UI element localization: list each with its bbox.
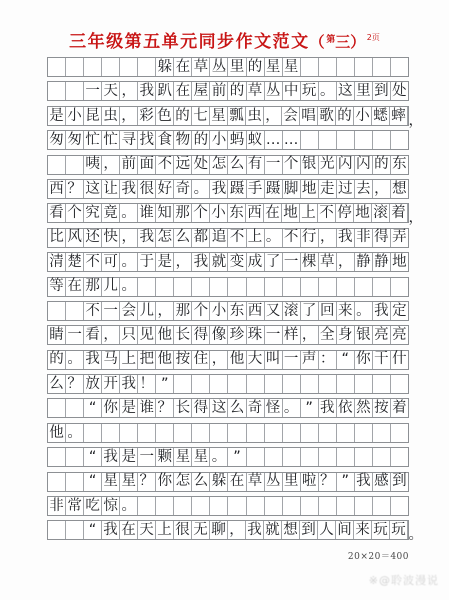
grid-cell: 到: [391, 473, 408, 491]
grid-cell: [174, 375, 192, 393]
grid-cell: 么: [174, 229, 192, 247]
grid-cell: 马: [102, 351, 120, 369]
grid-cell: 我: [102, 448, 120, 466]
grid-cell: 弄: [391, 229, 408, 247]
grid-cell: ？: [66, 375, 84, 393]
grid-cell: 全: [319, 326, 337, 344]
grid-cell: 知: [156, 204, 174, 222]
grid-cell: 么: [228, 399, 246, 417]
grid-cell: 怎: [174, 473, 192, 491]
grid-cell: 放: [84, 375, 102, 393]
grid-cell: 在: [228, 473, 246, 491]
grid-cell: [301, 448, 319, 466]
grid-cell: 停: [336, 204, 354, 222]
grid-cell: 躲: [210, 473, 228, 491]
grid-cell: ！: [138, 375, 156, 393]
grid-count-label: 20×20＝400: [47, 549, 409, 562]
grid-cell: 色: [156, 107, 174, 125]
grid-cell: 样: [283, 326, 301, 344]
grid-cell: [373, 448, 391, 466]
grid-cell: ，: [319, 229, 337, 247]
grid-cell: 上: [120, 351, 138, 369]
grid-cell: …: [283, 131, 301, 149]
grid-cell: [192, 278, 210, 296]
grid-cell: 珠: [247, 326, 265, 344]
grid-cell: 谁: [138, 399, 156, 417]
grid-cell: 的: [228, 82, 246, 100]
grid-cell: [174, 278, 192, 296]
grid-cell: [48, 156, 66, 174]
grid-cell: 得: [373, 229, 391, 247]
grid-cell: 奇: [174, 180, 192, 198]
grid-cell: 。: [66, 351, 84, 369]
grid-cell: 星: [192, 448, 210, 466]
grid-cell: 歌: [318, 107, 336, 125]
grid-cell: 星: [265, 58, 283, 76]
grid-cell: 昆: [84, 107, 102, 125]
grid-cell: 物: [174, 131, 192, 149]
grid-cell: 很: [138, 180, 156, 198]
grid-cell: [301, 375, 319, 393]
grid-cell: 亮: [373, 326, 391, 344]
grid-cell: 虫: [102, 107, 120, 125]
grid-cell: 蹑: [265, 180, 283, 198]
grid-cell: [66, 82, 84, 100]
grid-cell: 得: [192, 326, 210, 344]
grid-cell: 处: [391, 82, 408, 100]
grid-cell: 玩: [390, 521, 408, 539]
grid-cell: 忙: [84, 131, 102, 149]
grid-cell: 快: [102, 229, 120, 247]
grid-cell: [391, 424, 408, 442]
grid-cell: ，: [120, 229, 138, 247]
grid-cell: ”: [301, 399, 319, 417]
grid-cell: 唱: [300, 107, 318, 125]
essay-text-row: 非常吃惊。: [47, 496, 409, 516]
grid-cell: 玩: [372, 521, 390, 539]
grid-cell: 按: [373, 399, 391, 417]
grid-cell: 你: [355, 351, 373, 369]
essay-text-row: 西？这让我很好奇。我蹑手蹑脚地走过去，想: [47, 179, 409, 199]
essay-text-row: 匆匆忙忙寻找食物的小蚂蚁……: [47, 130, 409, 150]
grid-cell: 手: [247, 180, 265, 198]
essay-text-row: “你是谁？长得这么奇怪。”我依然按着: [47, 398, 409, 418]
grid-cell: [210, 278, 228, 296]
grid-cell: 不: [156, 156, 174, 174]
grid-cell: 丛: [265, 82, 283, 100]
grid-cell: 聊: [210, 521, 228, 539]
grid-cell: 儿: [138, 302, 156, 320]
grid-cell: [373, 278, 391, 296]
grid-cell: 究: [84, 204, 102, 222]
grid-cell: 我: [246, 521, 264, 539]
grid-cell: [192, 375, 210, 393]
grid-cell: 在: [174, 58, 192, 76]
grid-cell: 的: [247, 58, 265, 76]
grid-cell: 么: [192, 473, 210, 491]
grid-cell: 在: [264, 204, 282, 222]
grid-cell: 不: [84, 253, 102, 271]
grid-cell: “: [337, 351, 355, 369]
grid-cell: 的: [192, 131, 210, 149]
grid-cell: 。: [120, 497, 138, 515]
grid-cell: [84, 58, 102, 76]
grid-cell: 去: [355, 180, 373, 198]
grid-cell: 是: [120, 399, 138, 417]
grid-cell: [337, 375, 355, 393]
grid-cell: 玩: [301, 82, 319, 100]
grid-cell: [120, 424, 138, 442]
grid-cell: 儿: [102, 278, 120, 296]
grid-cell: 看: [84, 326, 102, 344]
grid-cell: [283, 497, 301, 515]
grid-cell: 变: [228, 253, 246, 271]
page-note: 2页: [367, 33, 380, 42]
grid-cell: 里: [355, 82, 373, 100]
grid-cell: 蹑: [228, 180, 246, 198]
overflow-punctuation: ，: [409, 206, 424, 227]
grid-cell: 回: [319, 302, 337, 320]
grid-cell: 一: [66, 326, 84, 344]
grid-cell: 。: [355, 302, 373, 320]
grid-cell: 想: [391, 180, 408, 198]
grid-cell: [156, 424, 174, 442]
grid-cell: 地: [354, 204, 372, 222]
grid-cell: ，: [102, 326, 120, 344]
grid-cell: 蚁: [247, 131, 265, 149]
grid-cell: 小: [210, 302, 228, 320]
grid-cell: 小: [210, 131, 228, 149]
grid-cell: 闪: [355, 156, 373, 174]
grid-cell: 。: [66, 424, 84, 442]
grid-cell: [373, 375, 391, 393]
grid-cell: ”: [228, 448, 246, 466]
grid-cell: [391, 131, 408, 149]
grid-cell: 等: [48, 278, 66, 296]
grid-cell: [66, 156, 84, 174]
grid-cell: [66, 521, 84, 539]
grid-cell: “: [84, 448, 102, 466]
grid-cell: 一: [265, 326, 283, 344]
grid-cell: 光: [319, 156, 337, 174]
grid-cell: 东: [228, 302, 246, 320]
grid-cell: [355, 131, 373, 149]
grid-cell: 追: [210, 229, 228, 247]
grid-cell: 食: [156, 131, 174, 149]
grid-cell: 就: [264, 521, 282, 539]
grid-cell: [228, 278, 246, 296]
grid-cell: ：: [319, 351, 337, 369]
grid-cell: 个: [192, 204, 210, 222]
grid-cell: 他: [228, 351, 246, 369]
grid-cell: [355, 278, 373, 296]
grid-cell: [247, 375, 265, 393]
grid-cell: 按: [174, 351, 192, 369]
grid-cell: [174, 497, 192, 515]
overflow-punctuation: 。: [409, 523, 424, 544]
grid-cell: 么: [228, 156, 246, 174]
grid-cell: [228, 424, 246, 442]
grid-cell: 东: [228, 204, 246, 222]
grid-cell: 竟: [102, 204, 120, 222]
grid-cell: [373, 58, 391, 76]
grid-cell: 一: [265, 156, 283, 174]
grid-cell: 只: [120, 326, 138, 344]
essay-text-row: 么？放开我！”: [47, 374, 409, 394]
grid-cell: 面: [138, 156, 156, 174]
grid-cell: 我: [138, 229, 156, 247]
grid-cell: 看: [48, 204, 66, 222]
grid-cell: “: [84, 473, 102, 491]
grid-cell: 我: [192, 253, 210, 271]
grid-cell: 长: [174, 399, 192, 417]
grid-cell: 里: [283, 473, 301, 491]
grid-cell: 草: [192, 58, 210, 76]
essay-text-row: 睛一看，只见他长得像珍珠一样，全身银亮亮: [47, 325, 409, 345]
grid-cell: 得: [192, 399, 210, 417]
grid-cell: 什: [391, 351, 408, 369]
grid-cell: [355, 448, 373, 466]
grid-cell: 这: [337, 82, 355, 100]
part-paren-open: （: [310, 33, 327, 51]
grid-cell: [48, 399, 66, 417]
grid-cell: 非: [355, 229, 373, 247]
grid-cell: [265, 448, 283, 466]
grid-cell: ，: [264, 107, 282, 125]
grid-cell: [265, 278, 283, 296]
overflow-punctuation: ，: [409, 109, 424, 130]
grid-cell: 是: [48, 107, 66, 125]
grid-cell: [319, 448, 337, 466]
grid-cell: 他: [156, 351, 174, 369]
grid-cell: 草: [319, 253, 337, 271]
essay-text-row: “我是一颗星星。”: [47, 447, 409, 467]
grid-cell: “: [84, 399, 102, 417]
grid-cell: ”: [337, 473, 355, 491]
grid-cell: 个: [66, 204, 84, 222]
grid-cell: 滚: [283, 302, 301, 320]
grid-cell: [138, 58, 156, 76]
grid-cell: 星: [210, 107, 228, 125]
grid-cell: 里: [228, 58, 246, 76]
grid-cell: [355, 375, 373, 393]
essay-text-row: 咦，前面不远处怎么有一个银光闪闪的东: [47, 155, 409, 175]
grid-cell: 楚: [66, 253, 84, 271]
grid-cell: [247, 278, 265, 296]
grid-cell: [373, 424, 391, 442]
grid-cell: 就: [210, 253, 228, 271]
grid-cell: 么: [48, 375, 66, 393]
grid-cell: [102, 58, 120, 76]
grid-cell: [283, 278, 301, 296]
grid-cell: 开: [102, 375, 120, 393]
grid-cell: 过: [337, 180, 355, 198]
grid-cell: 丛: [265, 473, 283, 491]
grid-cell: ，: [120, 82, 138, 100]
grid-cell: 无: [192, 521, 210, 539]
grid-cell: 草: [247, 473, 265, 491]
grid-cell: 一: [84, 82, 102, 100]
grid-cell: 很: [174, 521, 192, 539]
grid-cell: ，: [301, 326, 319, 344]
grid-cell: 见: [138, 326, 156, 344]
essay-text-row: 一天，我趴在屋前的草丛中玩。这里到处: [47, 81, 409, 101]
grid-cell: 滚: [372, 204, 390, 222]
grid-cell: [337, 424, 355, 442]
grid-cell: [391, 448, 408, 466]
grid-cell: 西: [246, 204, 264, 222]
grid-cell: [355, 58, 373, 76]
grid-cell: [120, 58, 138, 76]
essay-text-row: 不一会儿，那个小东西又滚了回来。我定: [47, 301, 409, 321]
grid-cell: 蟋: [372, 107, 390, 125]
essay-text-row: 的。我马上把他按住，他大叫一声：“你干什: [47, 350, 409, 370]
grid-cell: 都: [192, 229, 210, 247]
grid-cell: 星: [174, 448, 192, 466]
grid-cell: 颗: [156, 448, 174, 466]
grid-cell: 找: [138, 131, 156, 149]
grid-cell: 这: [210, 399, 228, 417]
essay-text-row: 是小昆虫，彩色的七星瓢虫，会唱歌的小蟋蟀，: [47, 106, 409, 126]
grid-cell: 的: [373, 156, 391, 174]
grid-cell: [265, 497, 283, 515]
grid-cell: 脚: [283, 180, 301, 198]
grid-cell: [210, 375, 228, 393]
grid-cell: [373, 497, 391, 515]
grid-cell: 不: [283, 229, 301, 247]
grid-cell: 珍: [228, 326, 246, 344]
grid-cell: 。: [210, 448, 228, 466]
grid-cell: 不: [318, 204, 336, 222]
grid-cell: 匆: [66, 131, 84, 149]
grid-cell: 前: [210, 82, 228, 100]
grid-cell: [138, 424, 156, 442]
grid-cell: 走: [319, 180, 337, 198]
grid-cell: [48, 82, 66, 100]
grid-cell: 奇: [247, 399, 265, 417]
grid-cell: [319, 375, 337, 393]
worksheet-header: 三年级第五单元同步作文范文（第三）2页: [0, 27, 449, 52]
grid-cell: 棵: [301, 253, 319, 271]
grid-cell: 怎: [156, 229, 174, 247]
grid-cell: 上: [300, 204, 318, 222]
grid-cell: 。: [192, 180, 210, 198]
grid-cell: 银: [301, 156, 319, 174]
grid-cell: 。: [319, 82, 337, 100]
grid-cell: [247, 497, 265, 515]
grid-cell: 还: [84, 229, 102, 247]
grid-cell: 天: [138, 521, 156, 539]
grid-cell: 吃: [84, 497, 102, 515]
grid-cell: 叫: [265, 351, 283, 369]
grid-cell: 成: [247, 253, 265, 271]
grid-cell: 上: [156, 521, 174, 539]
grid-cell: [48, 448, 66, 466]
grid-cell: 星: [102, 473, 120, 491]
grid-cell: 我: [120, 180, 138, 198]
grid-cell: 银: [355, 326, 373, 344]
grid-cell: 不: [228, 229, 246, 247]
grid-cell: 会: [282, 107, 300, 125]
essay-text-row: “星星？你怎么躲在草丛里啦？”我感到: [47, 472, 409, 492]
grid-cell: 非: [48, 497, 66, 515]
grid-cell: 寻: [120, 131, 138, 149]
grid-cell: 有: [247, 156, 265, 174]
watermark: ※@聆波漫说: [369, 572, 439, 588]
grid-cell: 长: [174, 326, 192, 344]
grid-cell: 怎: [210, 156, 228, 174]
grid-cell: [156, 497, 174, 515]
grid-cell: 我: [337, 229, 355, 247]
grid-cell: [66, 448, 84, 466]
grid-cell: [319, 131, 337, 149]
grid-cell: [84, 424, 102, 442]
grid-cell: ？: [319, 473, 337, 491]
essay-text-row: 清楚不可。于是，我就变成了一棵草，静静地: [47, 252, 409, 272]
grid-cell: 身: [337, 326, 355, 344]
grid-cell: 前: [120, 156, 138, 174]
grid-cell: 着: [390, 204, 408, 222]
grid-cell: 闪: [337, 156, 355, 174]
grid-cell: 想: [282, 521, 300, 539]
grid-cell: 我: [210, 180, 228, 198]
grid-cell: 东: [391, 156, 408, 174]
grid-cell: 屋: [192, 82, 210, 100]
grid-cell: 丛: [210, 58, 228, 76]
grid-cell: 蟀: [390, 107, 408, 125]
essay-text-row: 他。: [47, 423, 409, 443]
grid-cell: [337, 497, 355, 515]
grid-cell: 趴: [156, 82, 174, 100]
grid-cell: 大: [247, 351, 265, 369]
essay-text-row: 看个究竟。谁知那个小东西在地上不停地滚着，: [47, 203, 409, 223]
grid-cell: [48, 473, 66, 491]
grid-cell: 的: [174, 107, 192, 125]
grid-cell: [66, 302, 84, 320]
grid-cell: [265, 424, 283, 442]
grid-cell: 你: [156, 473, 174, 491]
grid-cell: 上: [247, 229, 265, 247]
grid-cell: 这: [84, 180, 102, 198]
grid-cell: 来: [337, 302, 355, 320]
grid-cell: [66, 399, 84, 417]
grid-cell: 着: [391, 399, 408, 417]
grid-cell: [228, 497, 246, 515]
grid-cell: 蚂: [228, 131, 246, 149]
grid-cell: [301, 131, 319, 149]
grid-cell: 到: [373, 82, 391, 100]
grid-cell: [48, 302, 66, 320]
grid-cell: [319, 58, 337, 76]
grid-cell: 啦: [301, 473, 319, 491]
grid-cell: 人: [318, 521, 336, 539]
grid-cell: 。: [283, 399, 301, 417]
part-number: 三: [335, 33, 350, 51]
grid-cell: [391, 375, 408, 393]
grid-cell: [391, 497, 408, 515]
grid-cell: [192, 497, 210, 515]
grid-cell: [265, 375, 283, 393]
grid-cell: 处: [192, 156, 210, 174]
grid-cell: [66, 473, 84, 491]
grid-cell: 地: [282, 204, 300, 222]
grid-cell: ”: [156, 375, 174, 393]
grid-cell: [138, 497, 156, 515]
grid-cell: [355, 497, 373, 515]
grid-cell: 我: [373, 302, 391, 320]
grid-cell: [48, 521, 66, 539]
grid-cell: [283, 424, 301, 442]
